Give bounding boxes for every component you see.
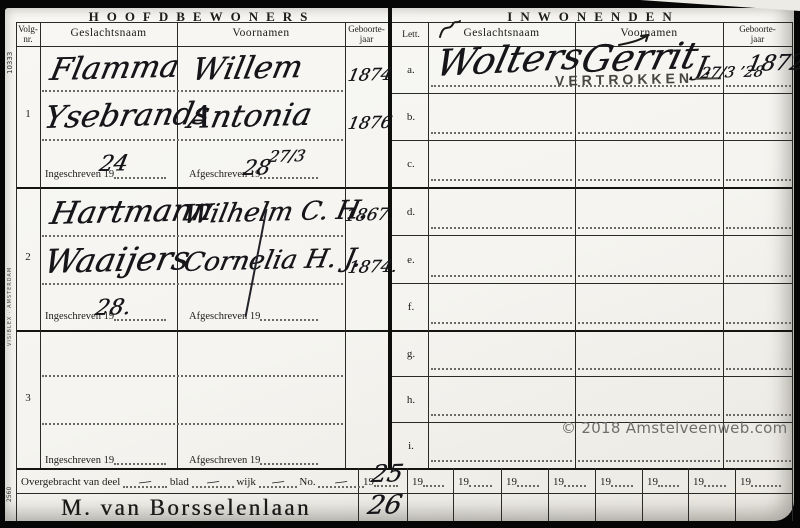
handwritten-dash: — [138,473,152,489]
letter-label: f. [394,301,428,313]
dotted-line [726,414,791,416]
handwritten-year-value: 25 [369,459,405,488]
handwritten-stamp-date: 27/3 ’28 [699,62,765,82]
dotted-leader [564,475,586,487]
letter-label: a. [394,64,428,76]
row-number: 1 [16,108,40,120]
transfer-label-no: No. [299,476,315,488]
dotted-line [431,275,572,277]
year-prefix: 19 [412,476,423,488]
copyright-watermark: © 2018 Amstelveenweb.com [561,419,788,437]
column-header-geboortejaar-right-line2: jaar [751,34,765,44]
grid-line [40,22,41,468]
printer-imprint: VISIBLEX · AMSTERDAM [7,200,13,346]
grid-line [16,22,17,521]
grid-line [501,468,502,521]
handwritten-dash: — [334,473,348,489]
letter-label: g. [394,348,428,360]
handwritten-birthyear: 1867. [343,205,396,226]
dotted-line [431,227,572,229]
dotted-line [726,460,791,462]
grid-line [595,468,596,521]
dotted-line [726,322,791,324]
dotted-leader: — [123,476,167,488]
letter-label: h. [394,394,428,406]
year-cell: 19 [412,470,449,496]
handwritten-firstname: Antonia [185,97,315,136]
grid-line [388,376,793,377]
grid-line [642,468,643,521]
column-header-lett: Lett. [394,30,428,40]
deregistered-line: Afgeschreven 19 [189,453,318,466]
dotted-line [726,132,791,134]
dotted-line [42,90,343,92]
form-serial-number: 10333 [6,24,14,74]
handwritten-birthyear: 1874. [346,257,399,278]
dotted-leader [704,475,726,487]
grid-line [388,235,793,236]
dotted-line [578,460,720,462]
dotted-leader [469,475,492,487]
transfer-line: Overgebracht van deel — blad — wijk — No… [21,476,364,488]
column-header-geslachtsnaam-left: Geslachtsnaam [40,27,177,39]
dotted-line [42,235,343,237]
dotted-line [42,139,343,141]
year-cell: 19 [553,470,591,496]
dotted-line [431,132,572,134]
column-header-volgnr-line1: Volg- [18,24,38,34]
dotted-line [431,460,572,462]
deregistered-label: Afgeschreven 19 [189,311,260,322]
handwritten-birthyear: 1874 [346,65,394,86]
grid-line [575,22,576,468]
registered-label: Ingeschreven 19 [45,455,114,466]
dotted-leader: — [318,476,364,488]
dotted-line [42,375,343,377]
letter-label: d. [394,206,428,218]
year-cell: 19 [458,470,497,496]
year-cell: 19 [600,470,638,496]
column-header-geboortejaar-left-line1: Geboorte- [348,24,384,34]
letter-label: c. [394,158,428,170]
year-prefix: 19 [458,476,469,488]
dotted-line [578,322,720,324]
grid-line [16,330,793,332]
column-header-geboortejaar-left-line2: jaar [360,34,374,44]
deregistered-label: Afgeschreven 19 [189,455,260,466]
year-cell: 19 [740,470,788,496]
year-prefix: 19 [506,476,517,488]
grid-line [428,22,429,468]
registered-line: Ingeschreven 19 [45,453,166,466]
transfer-label-blad: blad [170,476,189,488]
scan-paper-corner [640,0,800,11]
year-prefix: 19 [647,476,658,488]
row-number: 3 [16,392,40,404]
handwritten-birthyear: 1876 [346,113,394,134]
grid-line [388,93,793,94]
dotted-line [42,283,343,285]
transfer-label: Overgebracht van deel [21,476,120,488]
grid-line [16,22,793,23]
handwritten-surname: Flamma [47,49,182,88]
dotted-line [42,423,343,425]
dotted-line [726,275,791,277]
handwritten-year-registered: 24 [97,151,130,177]
handwritten-house-number: 26 [365,490,404,521]
dotted-leader: — [259,476,297,488]
column-header-voornamen-left: Voornamen [177,27,345,39]
year-prefix: 19 [600,476,611,488]
grid-line [735,468,736,521]
grid-line [792,22,793,521]
dotted-line [726,179,791,181]
column-header-geboortejaar-left: Geboorte- jaar [345,24,388,44]
dotted-line [726,368,791,370]
column-header-volgnr-line2: nr. [23,34,32,44]
scanned-register-card: { "page": { "watermark": "© 2018 Amstelv… [0,0,800,528]
year-cell: 19 [506,470,544,496]
dotted-line [431,179,572,181]
grid-line [548,468,549,521]
dotted-leader [658,475,679,487]
grid-line [453,468,454,521]
column-header-geboortejaar-right: Geboorte- jaar [723,24,792,44]
transfer-label-wijk: wijk [236,476,256,488]
dotted-leader [423,475,444,487]
dotted-line [431,322,572,324]
register-card-paper: 10333 VISIBLEX · AMSTERDAM 2560 HOOFDBEW… [5,8,794,521]
dotted-line [431,414,572,416]
year-cell: 19 [647,470,684,496]
dotted-line [578,227,720,229]
stamp-text: VERTROKKEN [555,70,693,89]
year-prefix: 19 [740,476,751,488]
grid-line [723,22,724,468]
dotted-leader [751,475,781,487]
dotted-leader [260,309,318,321]
form-order-number: 2560 [6,462,13,502]
dotted-leader [517,475,539,487]
handwritten-dash: — [206,473,220,489]
grid-line [388,140,793,141]
grid-line [407,468,408,521]
pen-flourish [437,18,463,40]
dotted-line [726,227,791,229]
dotted-leader [114,453,166,465]
deregistered-line: Afgeschreven 19 [189,309,318,322]
dotted-line [578,414,720,416]
handwritten-firstname: Cornelia H. J. [181,243,365,278]
grid-line [16,187,793,189]
dotted-line [431,85,572,87]
dotted-line [578,368,720,370]
street-name: M. van Borsselenlaan [35,495,337,521]
year-cell: 19 [693,470,731,496]
dotted-line [578,179,720,181]
year-prefix: 19 [553,476,564,488]
dotted-line [726,85,791,87]
handwritten-year-registered: 28. [93,295,133,321]
column-header-geboortejaar-right-line1: Geboorte- [739,24,775,34]
dotted-leader [611,475,633,487]
handwritten-firstname: Willem [189,49,306,88]
grid-line [688,468,689,521]
column-header-volgnr: Volg- nr. [16,24,40,44]
letter-label: i. [394,440,428,452]
letter-label: b. [394,111,428,123]
dotted-leader [260,453,318,465]
grid-line [388,283,793,284]
dotted-leader: — [192,476,234,488]
year-prefix: 19 [693,476,704,488]
dotted-line [431,368,572,370]
handwritten-dash: — [271,473,285,489]
dotted-line [578,132,720,134]
handwritten-surname: Waaijers [41,238,193,281]
row-number: 2 [16,251,40,263]
handwritten-date-note: 27/3 [267,146,307,166]
dotted-line [578,275,720,277]
